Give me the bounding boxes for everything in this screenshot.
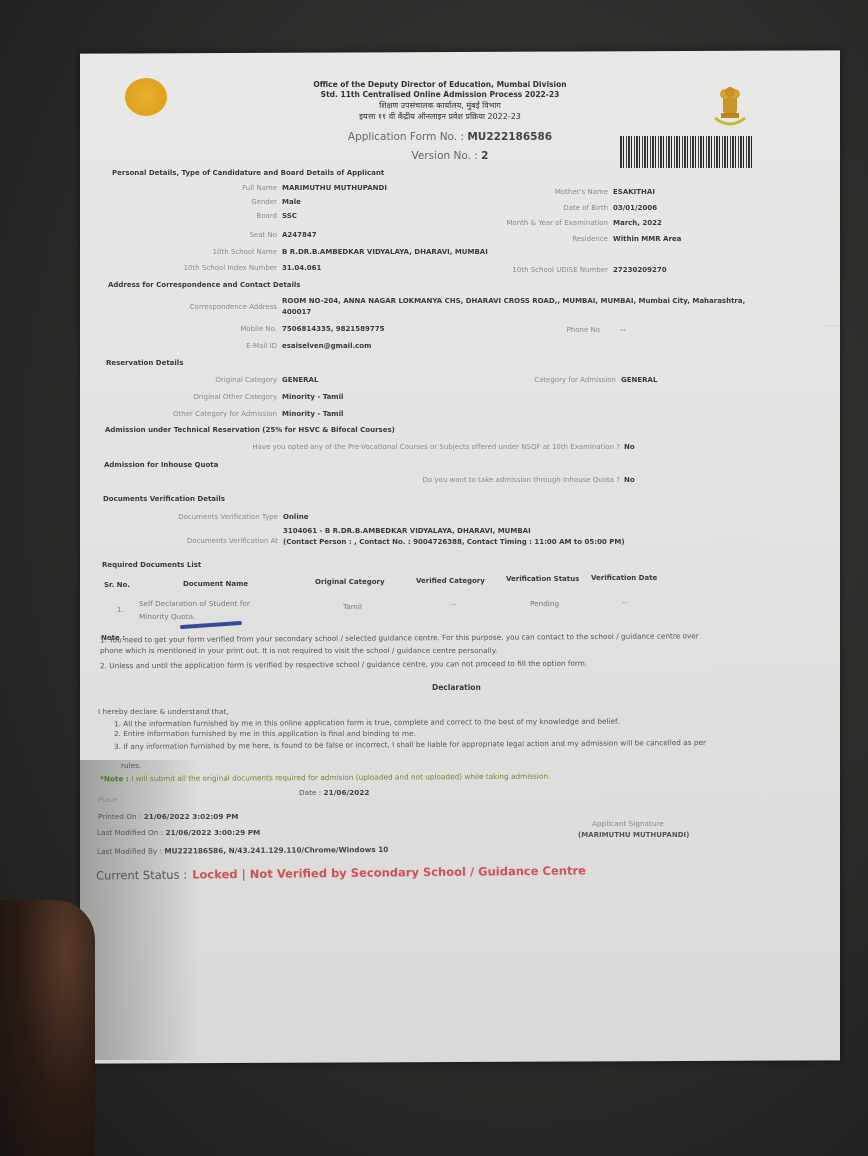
personal-section-title: Personal Details, Type of Candidature an… bbox=[112, 169, 384, 177]
note-line2: phone which is mentioned in your print o… bbox=[100, 646, 497, 655]
verification-at-line2: (Contact Person : , Contact No. : 900472… bbox=[283, 538, 625, 546]
reservation-section-title: Reservation Details bbox=[106, 359, 183, 367]
signature-name: (MARIMUTHU MUTHUPANDI) bbox=[578, 831, 689, 839]
school-label: 10th School Name bbox=[140, 248, 277, 256]
technical-question: Have you opted any of the Pre-Vocational… bbox=[150, 443, 620, 451]
hindi-title-1: शिक्षण उपसंचालक कार्यालय, मुंबई विभाग bbox=[260, 100, 620, 111]
board-value: SSC bbox=[282, 212, 297, 220]
verification-at-line1: 3104061 - B R.DR.B.AMBEDKAR VIDYALAYA, D… bbox=[283, 527, 531, 535]
orig-other-value: Minority - Tamil bbox=[282, 393, 343, 401]
col-sr-no: Sr. No. bbox=[104, 581, 130, 589]
row-name-2: Minority Quota. bbox=[139, 612, 195, 621]
thumb bbox=[0, 900, 95, 1156]
inhouse-title: Admission for Inhouse Quota bbox=[104, 461, 218, 469]
maharashtra-seal-icon bbox=[125, 78, 167, 116]
inhouse-answer: No bbox=[624, 476, 635, 484]
full-name-label: Full Name bbox=[140, 184, 277, 192]
school-value: B R.DR.B.AMBEDKAR VIDYALAYA, DHARAVI, MU… bbox=[282, 248, 488, 256]
barcode-icon bbox=[620, 136, 754, 168]
verification-type-value: Online bbox=[283, 513, 308, 521]
declaration-title: Declaration bbox=[432, 683, 481, 692]
seat-value: A247847 bbox=[282, 231, 317, 239]
status-badge: Locked | Not Verified by Secondary Schoo… bbox=[192, 863, 586, 881]
exam-label: Month & Year of Examination bbox=[460, 219, 608, 227]
last-modified-on: Last Modified On : 21/06/2022 3:00:29 PM bbox=[97, 828, 260, 837]
row-original-category: Tamil bbox=[343, 602, 362, 611]
residence-label: Residence bbox=[480, 235, 608, 243]
udise-value: 27230209270 bbox=[613, 266, 667, 274]
declaration-intro: I hereby declare & understand that, bbox=[98, 707, 229, 716]
orig-category-value: GENERAL bbox=[282, 376, 318, 384]
col-verification-date: Verification Date bbox=[591, 574, 657, 582]
index-value: 31.04.061 bbox=[282, 264, 321, 272]
orig-category-label: Original Category bbox=[140, 376, 277, 384]
documents-section-title: Documents Verification Details bbox=[103, 495, 225, 503]
phone-value: -- bbox=[620, 326, 626, 334]
version-number: Version No. : 2 bbox=[260, 150, 640, 162]
gender-value: Male bbox=[282, 198, 301, 206]
row-name-1: Self Declaration of Student for bbox=[139, 599, 250, 608]
category-admission-label: Category for Admission bbox=[480, 376, 616, 384]
email-label: E-Mail ID bbox=[140, 342, 277, 350]
declaration-item2: 2. Entire information furnished by me in… bbox=[114, 729, 416, 738]
signature-label: Applicant Signature bbox=[592, 819, 664, 828]
declaration-date: Date : 21/06/2022 bbox=[299, 788, 370, 797]
category-admission-value: GENERAL bbox=[621, 376, 657, 384]
row-status: Pending bbox=[530, 599, 559, 608]
dob-label: Date of Birth bbox=[480, 204, 608, 212]
mother-label: Mother's Name bbox=[480, 188, 608, 196]
technical-reservation-title: Admission under Technical Reservation (2… bbox=[105, 426, 395, 434]
national-emblem-icon bbox=[712, 86, 748, 130]
place-label: Place : bbox=[98, 795, 122, 804]
residence-value: Within MMR Area bbox=[613, 235, 681, 243]
other-admission-label: Other Category for Admission bbox=[120, 410, 277, 418]
gender-label: Gender bbox=[140, 198, 277, 206]
exam-value: March, 2022 bbox=[613, 219, 662, 227]
shadow bbox=[80, 760, 200, 1060]
verification-type-label: Documents Verification Type bbox=[130, 513, 278, 521]
dob-value: 03/01/2006 bbox=[613, 204, 657, 212]
index-label: 10th School Index Number bbox=[130, 264, 277, 272]
orig-other-label: Original Other Category bbox=[140, 393, 277, 401]
col-verified-category: Verified Category bbox=[416, 577, 485, 585]
board-label: Board bbox=[140, 212, 277, 220]
application-form-number: Application Form No. : MU222186586 bbox=[260, 131, 640, 143]
row-sr: 1. bbox=[117, 605, 124, 614]
seat-label: Seat No bbox=[140, 231, 277, 239]
udise-label: 10th School UDISE Number bbox=[460, 266, 608, 274]
phone-label: Phone No bbox=[540, 326, 600, 334]
col-original-category: Original Category bbox=[315, 578, 385, 586]
printed-on: Printed On : 21/06/2022 3:02:09 PM bbox=[98, 812, 239, 821]
mother-value: ESAKITHAI bbox=[613, 188, 655, 196]
mobile-label: Mobile No. bbox=[140, 325, 277, 333]
office-title: Office of the Deputy Director of Educati… bbox=[260, 80, 620, 89]
address-section-title: Address for Correspondence and Contact D… bbox=[108, 281, 300, 289]
background-mark bbox=[826, 325, 838, 327]
inhouse-question: Do you want to take admission through In… bbox=[330, 476, 620, 484]
full-name-value: MARIMUTHU MUTHUPANDI bbox=[282, 184, 387, 192]
process-title: Std. 11th Centralised Online Admission P… bbox=[260, 90, 620, 99]
address-line1: ROOM NO-204, ANNA NAGAR LOKMANYA CHS, DH… bbox=[282, 297, 772, 305]
email-value: esaiselven@gmail.com bbox=[282, 342, 371, 350]
technical-answer: No bbox=[624, 443, 635, 451]
address-line2: 400017 bbox=[282, 308, 311, 316]
col-document-name: Document Name bbox=[183, 580, 248, 588]
verification-at-label: Documents Verification At bbox=[130, 537, 278, 545]
row-verified-category: -- bbox=[451, 600, 456, 609]
mobile-value: 7506814335, 9821589775 bbox=[282, 325, 385, 333]
hindi-title-2: इयत्ता ११ वी केंद्रीय ऑनलाइन प्रवेश प्रक… bbox=[260, 111, 620, 122]
address-label: Correspondence Address bbox=[130, 303, 277, 311]
col-verification-status: Verification Status bbox=[506, 575, 579, 583]
other-admission-value: Minority - Tamil bbox=[282, 410, 343, 418]
declaration-item3b: rules. bbox=[121, 761, 141, 770]
required-documents-title: Required Documents List bbox=[102, 561, 201, 569]
row-date: -- bbox=[622, 598, 627, 607]
